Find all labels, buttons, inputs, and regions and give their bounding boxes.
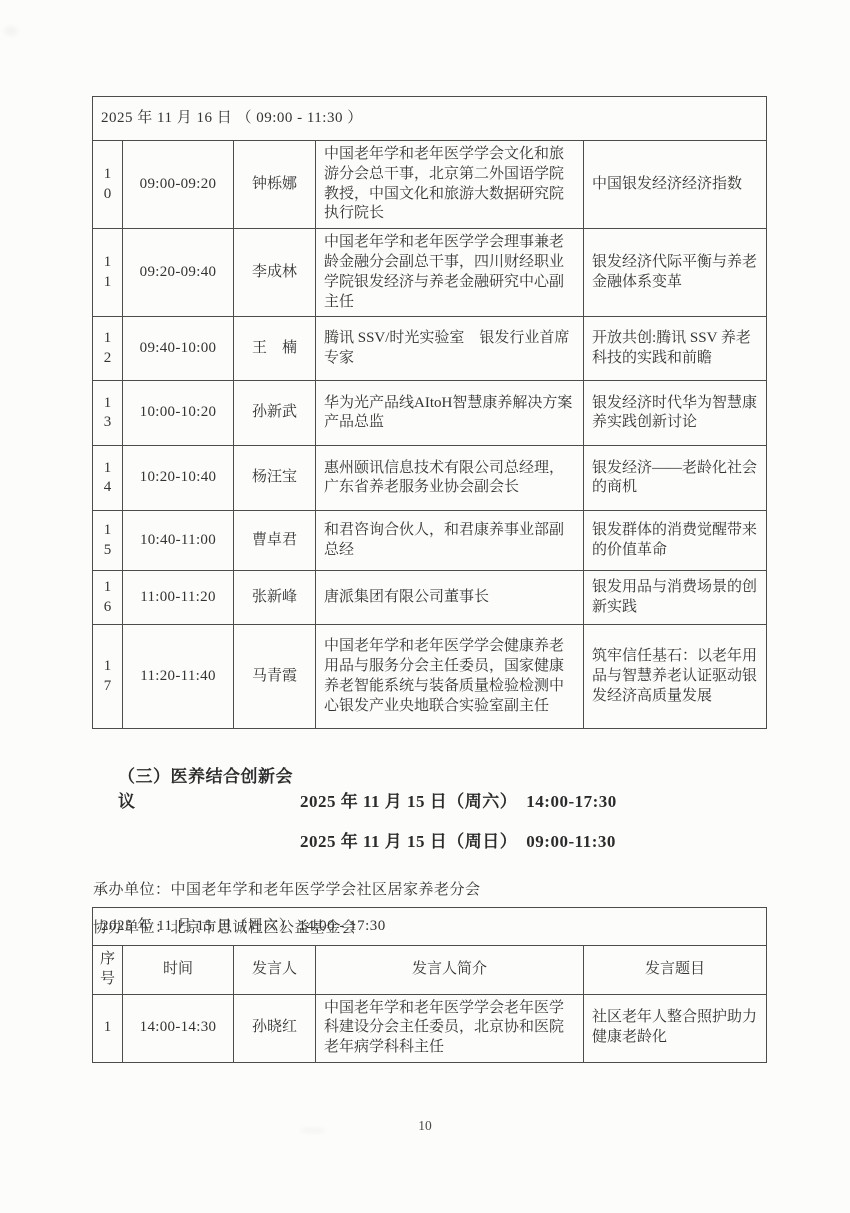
section-title: （三）医养结合创新会议 [118,762,300,812]
row-topic: 开放共创:腾讯 SSV 养老科技的实践和前瞻 [584,317,767,381]
table-row: 12 09:40-10:00 王 楠 腾讯 SSV/时光实验室 银发行业首席专家… [93,317,767,381]
table-row: 10 09:00-09:20 钟栎娜 中国老年学和老年医学学会文化和旅游分会总干… [93,141,767,229]
row-speaker-intro: 惠州颐讯信息技术有限公司总经理，广东省养老服务业协会副会长 [316,446,584,511]
row-time: 11:20-11:40 [123,625,234,729]
row-speaker-intro: 中国老年学和老年医学学会文化和旅游分会总干事，北京第二外国语学院教授，中国文化和… [316,141,584,229]
row-speaker: 王 楠 [234,317,316,381]
row-topic: 中国银发经济经济指数 [584,141,767,229]
table-row: 13 10:00-10:20 孙新武 华为光产品线AItoH智慧康养解决方案产品… [93,381,767,446]
row-speaker-intro: 唐派集团有限公司董事长 [316,571,584,625]
row-no: 17 [93,625,123,729]
schedule-table-nov15: 2025 年 11 月 15 日（周六） 14:00 - 17:30 序号 时间… [92,907,767,1063]
row-time: 10:00-10:20 [123,381,234,446]
row-time: 14:00-14:30 [123,994,234,1062]
section-heading-line1: （三）医养结合创新会议2025 年 11 月 15 日（周六） 14:00-17… [118,762,850,812]
row-no: 16 [93,571,123,625]
row-no: 12 [93,317,123,381]
row-speaker: 钟栎娜 [234,141,316,229]
row-speaker: 张新峰 [234,571,316,625]
table-row: 1 14:00-14:30 孙晓红 中国老年学和老年医学学会老年医学科建设分会主… [93,994,767,1062]
row-speaker: 孙新武 [234,381,316,446]
row-no: 10 [93,141,123,229]
table-row: 15 10:40-11:00 曹卓君 和君咨询合伙人，和君康养事业部副总经 银发… [93,511,767,571]
row-time: 10:20-10:40 [123,446,234,511]
row-time: 09:40-10:00 [123,317,234,381]
page-number: 10 [0,1118,850,1134]
table-date-row: 2025 年 11 月 15 日（周六） 14:00 - 17:30 [93,908,767,946]
row-time: 09:20-09:40 [123,229,234,317]
col-header-speaker: 发言人 [234,946,316,995]
table-row: 17 11:20-11:40 马青霞 中国老年学和老年医学学会健康养老用品与服务… [93,625,767,729]
table-row: 16 11:00-11:20 张新峰 唐派集团有限公司董事长 银发用品与消费场景… [93,571,767,625]
row-no: 15 [93,511,123,571]
row-speaker: 李成林 [234,229,316,317]
schedule-table-nov16: 2025 年 11 月 16 日 （ 09:00 - 11:30 ） 10 09… [92,96,767,729]
row-topic: 筑牢信任基石：以老年用品与智慧养老认证驱动银发经济高质量发展 [584,625,767,729]
row-speaker: 马青霞 [234,625,316,729]
section-session1-datetime: 2025 年 11 月 15 日（周六） 14:00-17:30 [300,792,617,811]
row-speaker: 孙晓红 [234,994,316,1062]
row-time: 09:00-09:20 [123,141,234,229]
row-no: 13 [93,381,123,446]
row-no: 11 [93,229,123,317]
row-speaker-intro: 华为光产品线AItoH智慧康养解决方案产品总监 [316,381,584,446]
row-speaker-intro: 中国老年学和老年医学学会理事兼老龄金融分会副总干事，四川财经职业学院银发经济与养… [316,229,584,317]
row-no: 1 [93,994,123,1062]
table-row: 11 09:20-09:40 李成林 中国老年学和老年医学学会理事兼老龄金融分会… [93,229,767,317]
row-no: 14 [93,446,123,511]
col-header-topic: 发言题目 [584,946,767,995]
row-topic: 银发群体的消费觉醒带来的价值革命 [584,511,767,571]
row-speaker-intro: 和君咨询合伙人，和君康养事业部副总经 [316,511,584,571]
row-time: 10:40-11:00 [123,511,234,571]
row-speaker-intro: 中国老年学和老年医学学会健康养老用品与服务分会主任委员，国家健康养老智能系统与装… [316,625,584,729]
section-session2-datetime: 2025 年 11 月 15 日（周日） 09:00-11:30 [300,827,850,852]
row-speaker: 曹卓君 [234,511,316,571]
table-date-header: 2025 年 11 月 16 日 （ 09:00 - 11:30 ） [93,97,767,141]
row-topic: 银发经济代际平衡与养老金融体系变革 [584,229,767,317]
scanned-document-page: 2025 年 11 月 16 日 （ 09:00 - 11:30 ） 10 09… [0,0,850,1213]
row-time: 11:00-11:20 [123,571,234,625]
row-speaker-intro: 中国老年学和老年医学学会老年医学科建设分会主任委员，北京协和医院老年病学科科主任 [316,994,584,1062]
organizer-line: 承办单位：中国老年学和老年医学学会社区居家养老分会 [93,878,850,899]
table-date-row: 2025 年 11 月 16 日 （ 09:00 - 11:30 ） [93,97,767,141]
scan-smudge [4,26,18,36]
row-speaker: 杨汪宝 [234,446,316,511]
row-topic: 银发经济时代华为智慧康养实践创新讨论 [584,381,767,446]
col-header-no: 序号 [93,946,123,995]
table-date-header: 2025 年 11 月 15 日（周六） 14:00 - 17:30 [93,908,767,946]
row-speaker-intro: 腾讯 SSV/时光实验室 银发行业首席专家 [316,317,584,381]
table-row: 14 10:20-10:40 杨汪宝 惠州颐讯信息技术有限公司总经理，广东省养老… [93,446,767,511]
table-header-row: 序号 时间 发言人 发言人简介 发言题目 [93,946,767,995]
row-topic: 社区老年人整合照护助力健康老龄化 [584,994,767,1062]
col-header-time: 时间 [123,946,234,995]
row-topic: 银发经济——老龄化社会的商机 [584,446,767,511]
col-header-intro: 发言人简介 [316,946,584,995]
row-topic: 银发用品与消费场景的创新实践 [584,571,767,625]
